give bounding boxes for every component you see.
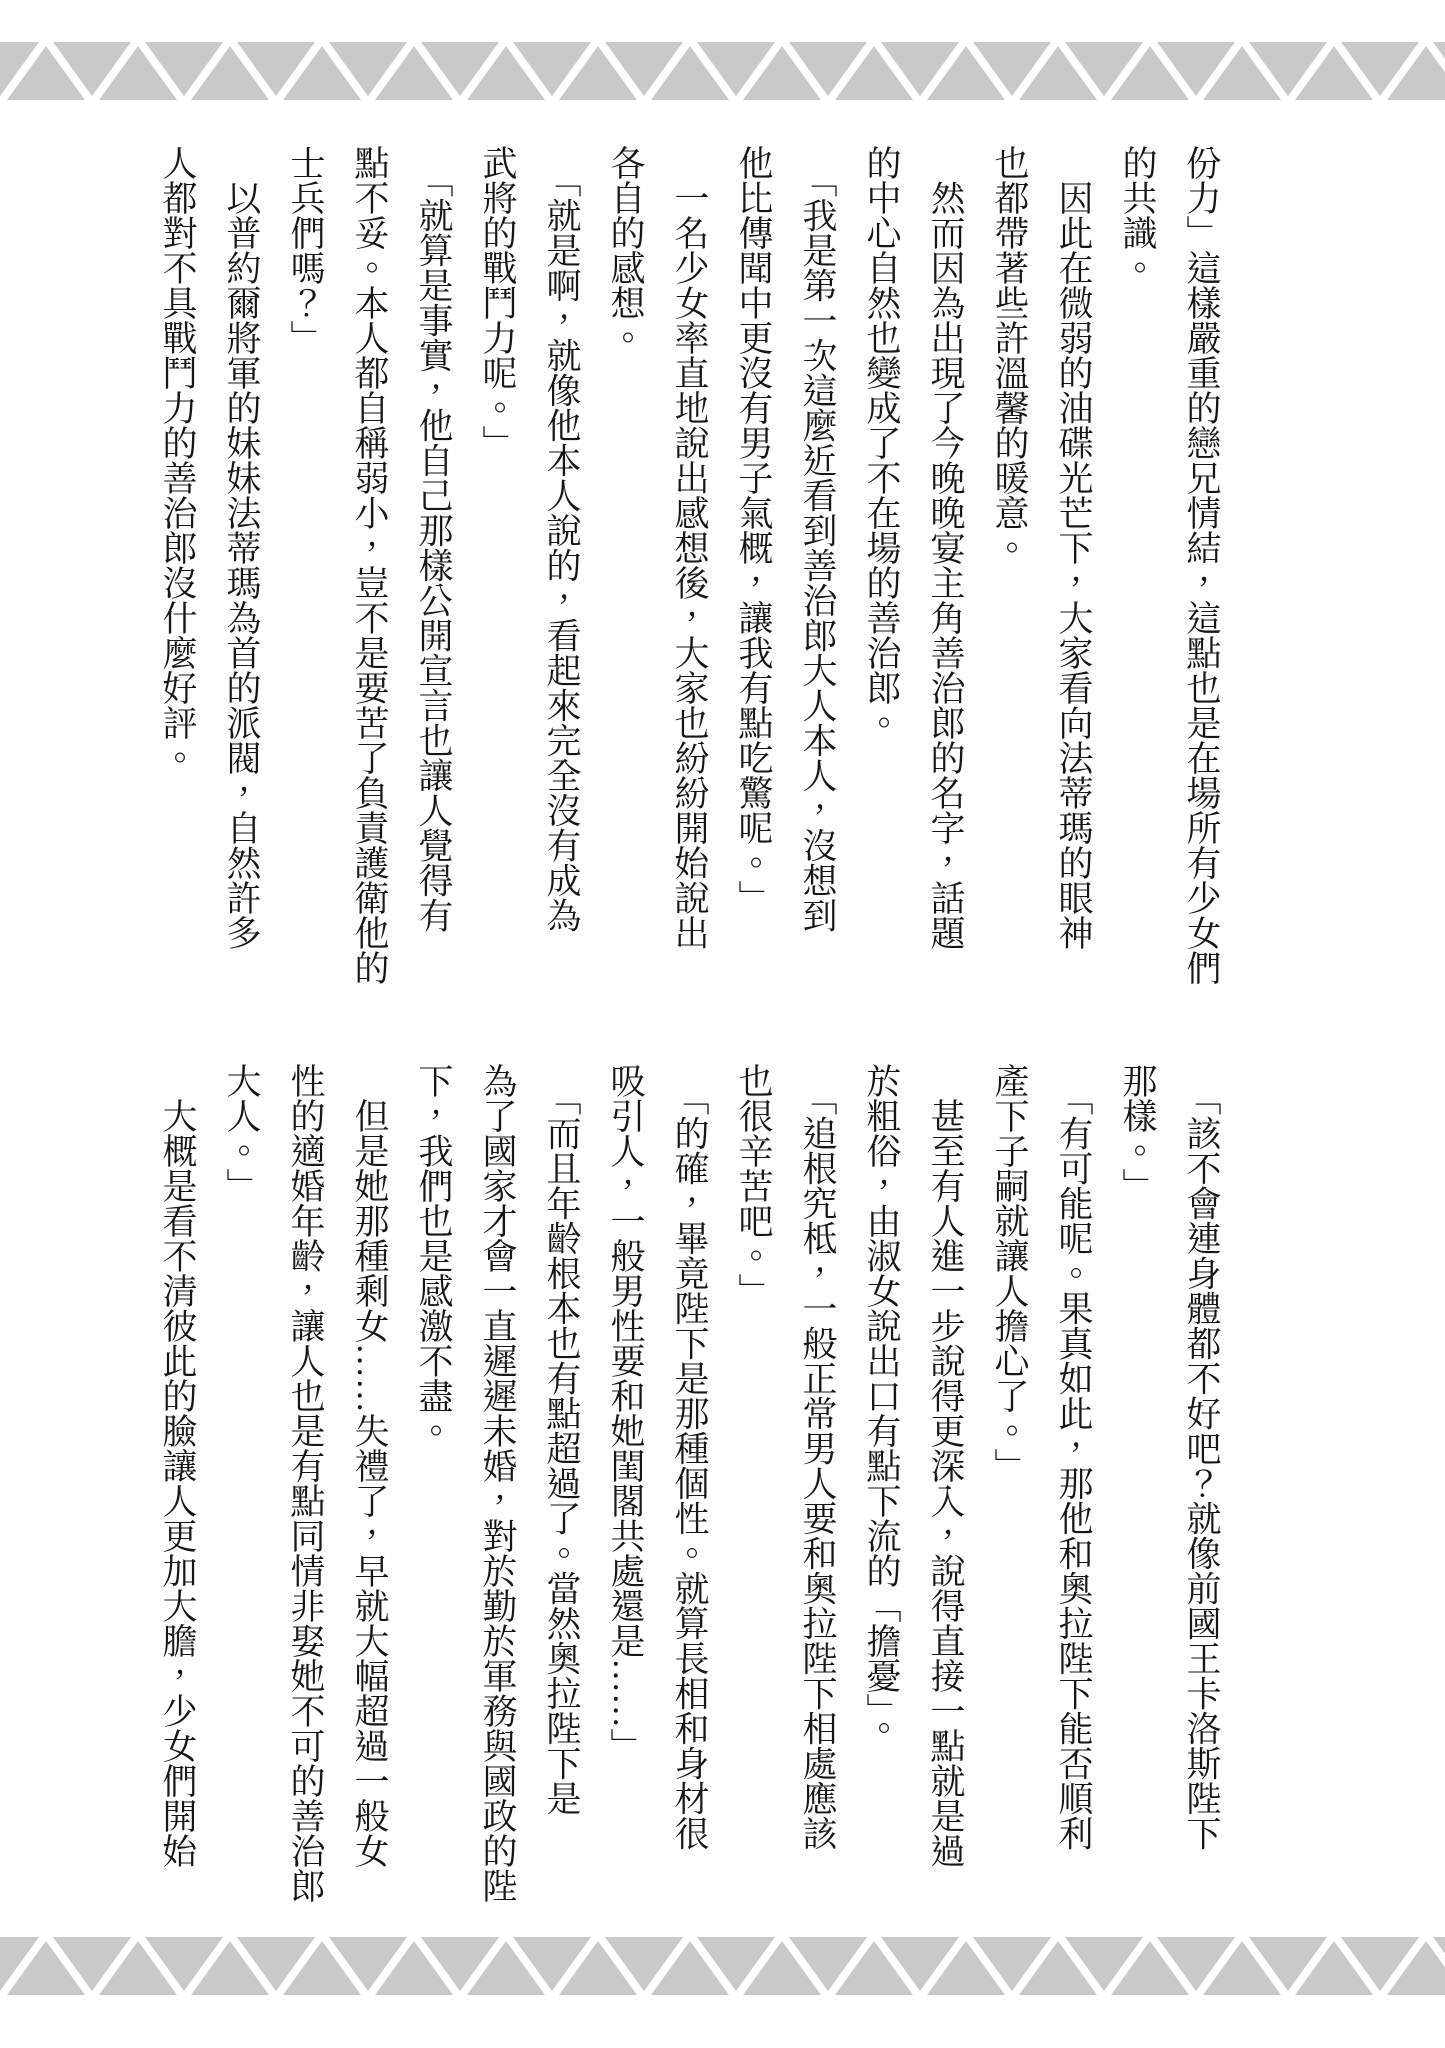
text-column: 各自的感想。 xyxy=(593,145,657,995)
text-block-bottom: 「該不會連身體都不好吧？就像前國王卡洛斯陛下那樣。」 「有可能呢。果真如此，那他… xyxy=(145,1063,1233,1913)
text-column: 「有可能呢。果真如此，那他和奧拉陛下能否順利 xyxy=(1041,1063,1105,1913)
text-column: 為了國家才會一直遲遲未婚，對於勤於軍務與國政的陛 xyxy=(465,1063,529,1913)
text-column: 因此在微弱的油碟光芒下，大家看向法蒂瑪的眼神 xyxy=(1041,145,1105,995)
text-column: 吸引人，一般男性要和她閨閣共處還是……」 xyxy=(593,1063,657,1913)
text-column: 也很辛苦吧。」 xyxy=(721,1063,785,1913)
text-column: 性的適婚年齡，讓人也是有點同情非娶她不可的善治郎 xyxy=(273,1063,337,1913)
text-column: 人都對不具戰鬥力的善治郎沒什麼好評。 xyxy=(145,145,209,995)
text-column: 「追根究柢，一般正常男人要和奧拉陛下相處應該 xyxy=(785,1063,849,1913)
text-column: 「該不會連身體都不好吧？就像前國王卡洛斯陛下 xyxy=(1169,1063,1233,1913)
text-column: 產下子嗣就讓人擔心了。」 xyxy=(977,1063,1041,1913)
text-column: 武將的戰鬥力呢。」 xyxy=(465,145,529,995)
text-column: 的中心自然也變成了不在場的善治郎。 xyxy=(849,145,913,995)
text-column: 「就是啊，就像他本人說的，看起來完全沒有成為 xyxy=(529,145,593,995)
text-column: 於粗俗，由淑女說出口有點下流的「擔憂」。 xyxy=(849,1063,913,1913)
text-column: 「而且年齡根本也有點超過了。當然奧拉陛下是 xyxy=(529,1063,593,1913)
text-column: 大概是看不清彼此的臉讓人更加大膽，少女們開始 xyxy=(145,1063,209,1913)
text-column: 甚至有人進一步說得更深入，說得直接一點就是過 xyxy=(913,1063,977,1913)
text-block-top: 份力」這樣嚴重的戀兄情結，這點也是在場所有少女們的共識。 因此在微弱的油碟光芒下… xyxy=(145,145,1233,995)
text-column: 「就算是事實，他自己那樣公開宣言也讓人覺得有 xyxy=(401,145,465,995)
text-column: 那樣。」 xyxy=(1105,1063,1169,1913)
text-column: 份力」這樣嚴重的戀兄情結，這點也是在場所有少女們 xyxy=(1169,145,1233,995)
zigzag-border-bottom-decoration xyxy=(0,1937,1445,1995)
text-column: 也都帶著些許溫馨的暖意。 xyxy=(977,145,1041,995)
book-page: 份力」這樣嚴重的戀兄情結，這點也是在場所有少女們的共識。 因此在微弱的油碟光芒下… xyxy=(0,0,1445,2048)
text-column: 以普約爾將軍的妹妹法蒂瑪為首的派閥，自然許多 xyxy=(209,145,273,995)
text-column: 下，我們也是感激不盡。 xyxy=(401,1063,465,1913)
text-column: 一名少女率直地說出感想後，大家也紛紛開始說出 xyxy=(657,145,721,995)
text-column: 但是她那種剩女……失禮了，早就大幅超過一般女 xyxy=(337,1063,401,1913)
text-column: 士兵們嗎？」 xyxy=(273,145,337,995)
text-column: 「的確，畢竟陛下是那種個性。就算長相和身材很 xyxy=(657,1063,721,1913)
text-column: 大人。」 xyxy=(209,1063,273,1913)
text-column: 點不妥。本人都自稱弱小，豈不是要苦了負責護衛他的 xyxy=(337,145,401,995)
text-column: 他比傳聞中更沒有男子氣概，讓我有點吃驚呢。」 xyxy=(721,145,785,995)
text-column: 「我是第一次這麼近看到善治郎大人本人，沒想到 xyxy=(785,145,849,995)
text-column: 的共識。 xyxy=(1105,145,1169,995)
zigzag-border-top-decoration xyxy=(0,42,1445,100)
text-column: 然而因為出現了今晚晚宴主角善治郎的名字，話題 xyxy=(913,145,977,995)
